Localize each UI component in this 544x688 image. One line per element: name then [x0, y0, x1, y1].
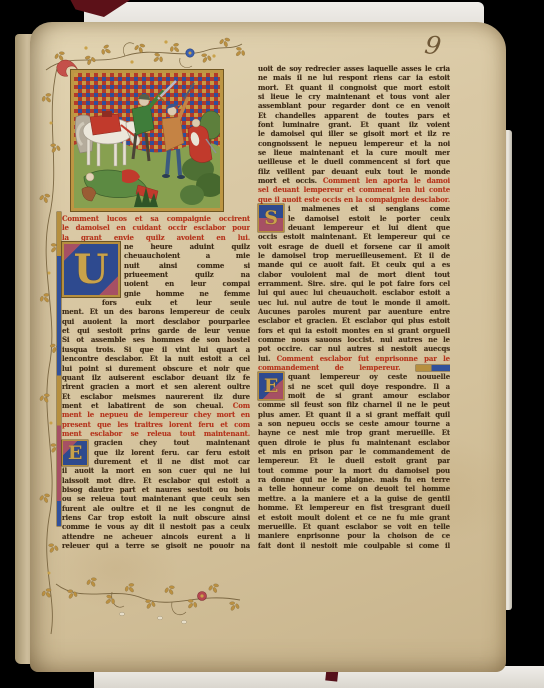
text-line: durement et il ne dist mot car — [62, 457, 250, 466]
rubric-line: lui. Comment esclabor fut enprisonne par… — [258, 354, 450, 363]
text-line: le damoisel estoit le porter ceulx — [258, 214, 450, 223]
initial-letter: E — [68, 442, 82, 464]
text-line: rirent gracien a mort et sen alerent oul… — [62, 382, 250, 391]
text-line: deuant lempereur et lui dient que — [258, 223, 450, 232]
text-line: uoit de soy redrecier asses laquelle ass… — [258, 64, 450, 73]
text-line: bisog dautre part et naures sestoit ou b… — [62, 485, 250, 494]
text-line: maniere enprisonne pour la choison de ce — [258, 531, 450, 540]
text-line: fors eulx et leur seule — [62, 298, 250, 307]
text-line: merueille. Et quant esclabor se voit en … — [258, 522, 450, 531]
text-line: Aucunes paroles murent par auenture entr… — [258, 307, 450, 316]
rubric-line: que il auoit este occis en la compaignie… — [258, 195, 450, 204]
text-line: attendre ne acheuer aincois eurent a li — [62, 532, 250, 541]
text-line: que ilz lorent feru. car feru estoit — [62, 448, 250, 457]
initial-letter: U — [74, 246, 109, 293]
text-line: Et chandelles apparent de toutes pars et — [258, 111, 450, 120]
rubric-line: ment esclabor se releua tout maintenant. — [62, 429, 250, 438]
text-line: ment. Et un des barons lempereur de ceul… — [62, 307, 250, 316]
rubric-line: Comment lucos et sa compaignie occirent — [62, 214, 250, 223]
initial-letter: E — [264, 375, 278, 397]
text-line: riens Car trop estoit la nuit obscure ai… — [62, 513, 250, 522]
manuscript-page: 9 — [30, 22, 506, 672]
text-line: a telle honneur come on deuoit tel homme — [258, 484, 450, 493]
rubric-line: commandement de lempereur. — [258, 363, 450, 372]
text-line: se lieue maintenant et la cure moult mer — [258, 148, 450, 157]
red-caparison — [90, 114, 121, 135]
text-line: congnoissent le nepueu lempereur et la n… — [258, 139, 450, 148]
column-border-bar — [57, 212, 61, 526]
text-column-left: U E Comment lucos et sa compaignie occir… — [62, 214, 250, 550]
text-line: occis estoit maintenant. Et lempereur qu… — [258, 232, 450, 241]
initial-letter: S — [264, 207, 278, 229]
text-line: esclabor et gracien. Et esclabor qui plu… — [258, 316, 450, 325]
line-filler — [416, 365, 450, 371]
text-line: le damoisel qui iller se gisoit mort et … — [258, 129, 450, 138]
rubric-line: present que les traitres lorent feru et … — [62, 420, 250, 429]
text-line: lencontre desclabor. Et la nuit estoit a… — [62, 354, 250, 363]
text-line: uec lui. nul autre de tout le monde il a… — [258, 298, 450, 307]
text-line: hayne ce nest mie trop grant merueille. … — [258, 428, 450, 437]
text-line: releuer qui a terre se gisoit ne pouoir … — [62, 541, 250, 550]
text-line: quant lempereur oy ceste nouuelle — [258, 372, 450, 381]
illuminated-initial-e-left: E — [62, 440, 88, 466]
text-line: il auoit la mort en son cuer qui ne lui — [62, 466, 250, 475]
rubric-line: le damoisel en cuidant occir esclabor po… — [62, 223, 250, 232]
text-line: qui auoient la mort desclabor pourparlee — [62, 317, 250, 326]
text-line: et qui sestoit prins garde de leur venue — [62, 326, 250, 335]
text-line: Si ot assemble ses hommes de son hostel — [62, 335, 250, 344]
text-line: homme. Et lempereur en fist tresgrant du… — [258, 503, 450, 512]
text-line: ra donne qui ne le plaigne. mais fu en t… — [258, 475, 450, 484]
rubric-line: mort et occis. Comment len aporta le dam… — [258, 176, 450, 185]
photographed-manuscript-scene: 9 — [0, 0, 544, 688]
text-line: plus amer. Et quant il a si grant meffai… — [258, 410, 450, 419]
text-line: iusqua trois. Si que il vint lui quart a — [62, 345, 250, 354]
text-line: si ne scet quil doye respondre. Il a — [258, 382, 450, 391]
text-line: comme nous sauons loccist. nul autres ne… — [258, 335, 450, 344]
text-line: lui point si durement obscure et noir qu… — [62, 364, 250, 373]
text-line: et mis en prison par le commandement de — [258, 447, 450, 456]
text-line: lui qui auec lui cheuauchoit. esclabor e… — [258, 288, 450, 297]
text-line: et estoit moult dolent et ce ne fu mie g… — [258, 513, 450, 522]
text-line: lempereur. Et le dueil estoit grant par — [258, 456, 450, 465]
text-line: pot occire. car nul autres si nestoit au… — [258, 344, 450, 353]
bottom-border-spray — [52, 570, 247, 630]
text-column-right: S E uoit de soy redrecier asses laquelle… — [258, 64, 450, 550]
text-line: laissoit mot dire. Et esclabor qui estoi… — [62, 476, 250, 485]
text-line: erramment. Sire. sire. qui le pot faire … — [258, 279, 450, 288]
text-line: font luminaire grant. Et quant ilz voien… — [258, 120, 450, 129]
text-line: fait dont il nestoit mie coulpable si co… — [258, 541, 450, 550]
miniature-scene — [74, 73, 220, 208]
text-line: ueilleuse et le dueil commencent si fort… — [258, 157, 450, 166]
text-line: fors et qui ia estoit montes en si grant… — [258, 326, 450, 335]
text-line: comme ie vous ay dit il nestoit pas a ce… — [62, 522, 250, 531]
text-line: a son nepueu occis se ceste amour tourne… — [258, 419, 450, 428]
miniature — [71, 70, 223, 211]
text-line: filz veillent par deuant eulx tout le mo… — [258, 167, 450, 176]
text-line: comme sil feust son filz charnel il ne l… — [258, 400, 450, 409]
text-line: moit de si grant amour esclabor — [258, 391, 450, 400]
text-line: si lieue le cry maintenant et tous vont … — [258, 92, 450, 101]
illuminated-initial-e-right: E — [258, 372, 284, 400]
text-line: mande qui ce auoit fait. Et ceulx qui a … — [258, 260, 450, 269]
illuminated-initial-large: U — [62, 242, 120, 297]
text-line: mettre. a la maniere et a la guise de ge… — [258, 494, 450, 503]
rubric-line: ment le nepueu de lempereur chey mort en — [62, 410, 250, 419]
rubric-line: ment et labatirent de son cheual. Com — [62, 401, 250, 410]
text-line: tout comme pour la mort du damoisel pou — [258, 466, 450, 475]
rubric-line: sel deuant lempereur et comment len lui … — [258, 185, 450, 194]
text-line: le damoisel trop merueilleusement. Et il… — [258, 251, 450, 260]
text-line: voit esrage de dueil et forsene car il a… — [258, 242, 450, 251]
illuminated-initial-s-right: S — [258, 204, 284, 232]
text-line: ou se releua tout maintenant que ceulx s… — [62, 494, 250, 503]
text-line: clabor vouloient mal de mort dient tout — [258, 270, 450, 279]
rubric-line: la grant envie quilz avoient en lui. — [62, 233, 250, 242]
text-line: gracien chey tout maintenant — [62, 438, 250, 447]
text-line: quant ilz auiserent esclabor deuant ilz … — [62, 373, 250, 382]
text-line: quen diroie ie plus fu maintenant esclab… — [258, 438, 450, 447]
text-line: furent ale oultre et il ne les congnut d… — [62, 504, 250, 513]
text-line: Et esclabor meismes naurerent ilz dure — [62, 392, 250, 401]
text-line: assemblant pour regarder dont ce en veno… — [258, 101, 450, 110]
text-line: ne mais il ne lui respont riens car ia e… — [258, 73, 450, 82]
text-line: i malmenes et si senglans come — [258, 204, 450, 213]
text-line: mort. Et quant il congnoist que mort est… — [258, 83, 450, 92]
